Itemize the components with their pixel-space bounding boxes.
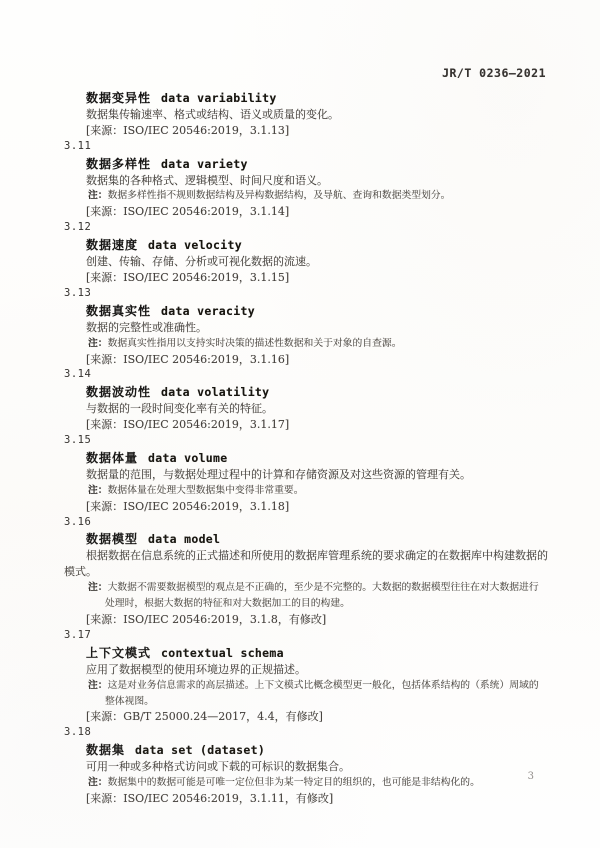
term-line: 数据多样性data variety — [64, 155, 548, 173]
note-text: 注：数据真实性指用以支持实时决策的描述性数据和关于对象的自查源。 — [88, 336, 548, 352]
term-line: 数据波动性data volatility — [64, 383, 548, 401]
term-line: 数据模型data model — [64, 530, 548, 548]
source-text: [来源：GB/T 25000.24—2017，4.4，有修改] — [86, 709, 548, 725]
term-entry: 3.11 数据多样性data variety 数据集的各种格式、逻辑模型、时间尺… — [64, 139, 548, 221]
term-chinese: 数据波动性 — [86, 385, 151, 399]
definition-text: 根据数据在信息系统的正式描述和所使用的数据库管理系统的要求确定的在数据库中构建数… — [64, 548, 548, 580]
definition-text: 可用一种或多种格式访问或下载的可标识的数据集合。 — [64, 759, 548, 775]
source-text: [来源：ISO/IEC 20546:2019，3.1.13] — [86, 123, 548, 139]
term-chinese: 数据变异性 — [86, 91, 151, 105]
page-number: 3 — [528, 771, 534, 782]
entry-number: 3.11 — [64, 139, 548, 155]
entry-number: 3.16 — [64, 515, 548, 531]
definition-text: 数据的完整性或准确性。 — [64, 320, 548, 336]
term-line: 数据速度data velocity — [64, 236, 548, 254]
source-text: [来源：ISO/IEC 20546:2019，3.1.16] — [86, 352, 548, 368]
term-english: data model — [148, 532, 220, 546]
term-entry: 3.15 数据体量data volume 数据量的范围，与数据处理过程中的计算和… — [64, 433, 548, 515]
term-entry: 数据变异性data variability 数据集传输速率、格式或结构、语义或质… — [64, 89, 548, 139]
term-chinese: 数据速度 — [86, 238, 138, 252]
term-english: data set (dataset) — [135, 743, 265, 757]
term-entry: 3.18 数据集data set (dataset) 可用一种或多种格式访问或下… — [64, 725, 548, 807]
term-entry: 3.17 上下文模式contextual schema 应用了数据模型的使用环境… — [64, 628, 548, 725]
term-chinese: 数据真实性 — [86, 304, 151, 318]
term-english: data variability — [161, 91, 277, 105]
term-entry: 3.14 数据波动性data volatility 与数据的一段时间变化率有关的… — [64, 367, 548, 433]
note-text: 注：大数据不需要数据模型的观点是不正确的，至少是不完整的。大数据的数据模型往往在… — [88, 580, 548, 612]
term-english: data veracity — [161, 304, 255, 318]
term-english: data volatility — [161, 385, 269, 399]
term-entry: 3.13 数据真实性data veracity 数据的完整性或准确性。 注：数据… — [64, 286, 548, 368]
term-line: 上下文模式contextual schema — [64, 644, 548, 662]
entry-number: 3.14 — [64, 367, 548, 383]
note-text: 注：数据多样性指不规则数据结构及异构数据结构，及导航、查询和数据类型划分。 — [88, 188, 548, 204]
note-text: 注：数据集中的数据可能是可唯一定位但非为某一特定目的组织的，也可能是非结构化的。 — [88, 775, 548, 791]
term-english: contextual schema — [161, 646, 284, 660]
notes-block: 注：这是对业务信息需求的高层描述。上下文模式比概念模型更一般化，包括体系结构的（… — [64, 678, 548, 710]
source-text: [来源：ISO/IEC 20546:2019，3.1.11，有修改] — [86, 791, 548, 807]
definition-text: 数据集的各种格式、逻辑模型、时间尺度和语义。 — [64, 173, 548, 189]
term-entry: 3.16 数据模型data model 根据数据在信息系统的正式描述和所使用的数… — [64, 515, 548, 628]
note-text: 注：这是对业务信息需求的高层描述。上下文模式比概念模型更一般化，包括体系结构的（… — [88, 678, 548, 710]
entry-number: 3.18 — [64, 725, 548, 741]
definition-text: 创建、传输、存储、分析或可视化数据的流速。 — [64, 254, 548, 270]
term-chinese: 数据多样性 — [86, 157, 151, 171]
source-text: [来源：ISO/IEC 20546:2019，3.1.17] — [86, 417, 548, 433]
term-line: 数据集data set (dataset) — [64, 741, 548, 759]
term-english: data velocity — [148, 238, 242, 252]
term-chinese: 数据体量 — [86, 451, 138, 465]
term-chinese: 数据集 — [86, 743, 125, 757]
notes-block: 注：数据真实性指用以支持实时决策的描述性数据和关于对象的自查源。 — [64, 336, 548, 352]
source-text: [来源：ISO/IEC 20546:2019，3.1.14] — [86, 204, 548, 220]
term-chinese: 上下文模式 — [86, 646, 151, 660]
definition-text: 应用了数据模型的使用环境边界的正规描述。 — [64, 662, 548, 678]
term-english: data volume — [148, 451, 227, 465]
definition-text: 与数据的一段时间变化率有关的特征。 — [64, 401, 548, 417]
term-chinese: 数据模型 — [86, 532, 138, 546]
definition-text: 数据量的范围，与数据处理过程中的计算和存储资源及对这些资源的管理有关。 — [64, 467, 548, 483]
notes-block: 注：数据多样性指不规则数据结构及异构数据结构，及导航、查询和数据类型划分。 — [64, 188, 548, 204]
source-text: [来源：ISO/IEC 20546:2019，3.1.8，有修改] — [86, 612, 548, 628]
entry-number: 3.12 — [64, 220, 548, 236]
term-line: 数据体量data volume — [64, 449, 548, 467]
notes-block: 注：大数据不需要数据模型的观点是不正确的，至少是不完整的。大数据的数据模型往往在… — [64, 580, 548, 612]
term-english: data variety — [161, 157, 248, 171]
entry-number: 3.17 — [64, 628, 548, 644]
entry-number: 3.15 — [64, 433, 548, 449]
entry-number: 3.13 — [64, 286, 548, 302]
notes-block: 注：数据体量在处理大型数据集中变得非常重要。 — [64, 483, 548, 499]
terms-section: 数据变异性data variability 数据集传输速率、格式或结构、语义或质… — [64, 89, 548, 807]
document-page: JR/T 0236—2021 数据变异性data variability 数据集… — [0, 0, 600, 848]
source-text: [来源：ISO/IEC 20546:2019，3.1.18] — [86, 499, 548, 515]
source-text: [来源：ISO/IEC 20546:2019，3.1.15] — [86, 270, 548, 286]
term-line: 数据变异性data variability — [64, 89, 548, 107]
term-line: 数据真实性data veracity — [64, 302, 548, 320]
note-text: 注：数据体量在处理大型数据集中变得非常重要。 — [88, 483, 548, 499]
notes-block: 注：数据集中的数据可能是可唯一定位但非为某一特定目的组织的，也可能是非结构化的。 — [64, 775, 548, 791]
definition-text: 数据集传输速率、格式或结构、语义或质量的变化。 — [64, 107, 548, 123]
term-entry: 3.12 数据速度data velocity 创建、传输、存储、分析或可视化数据… — [64, 220, 548, 286]
standard-number-header: JR/T 0236—2021 — [442, 66, 546, 80]
